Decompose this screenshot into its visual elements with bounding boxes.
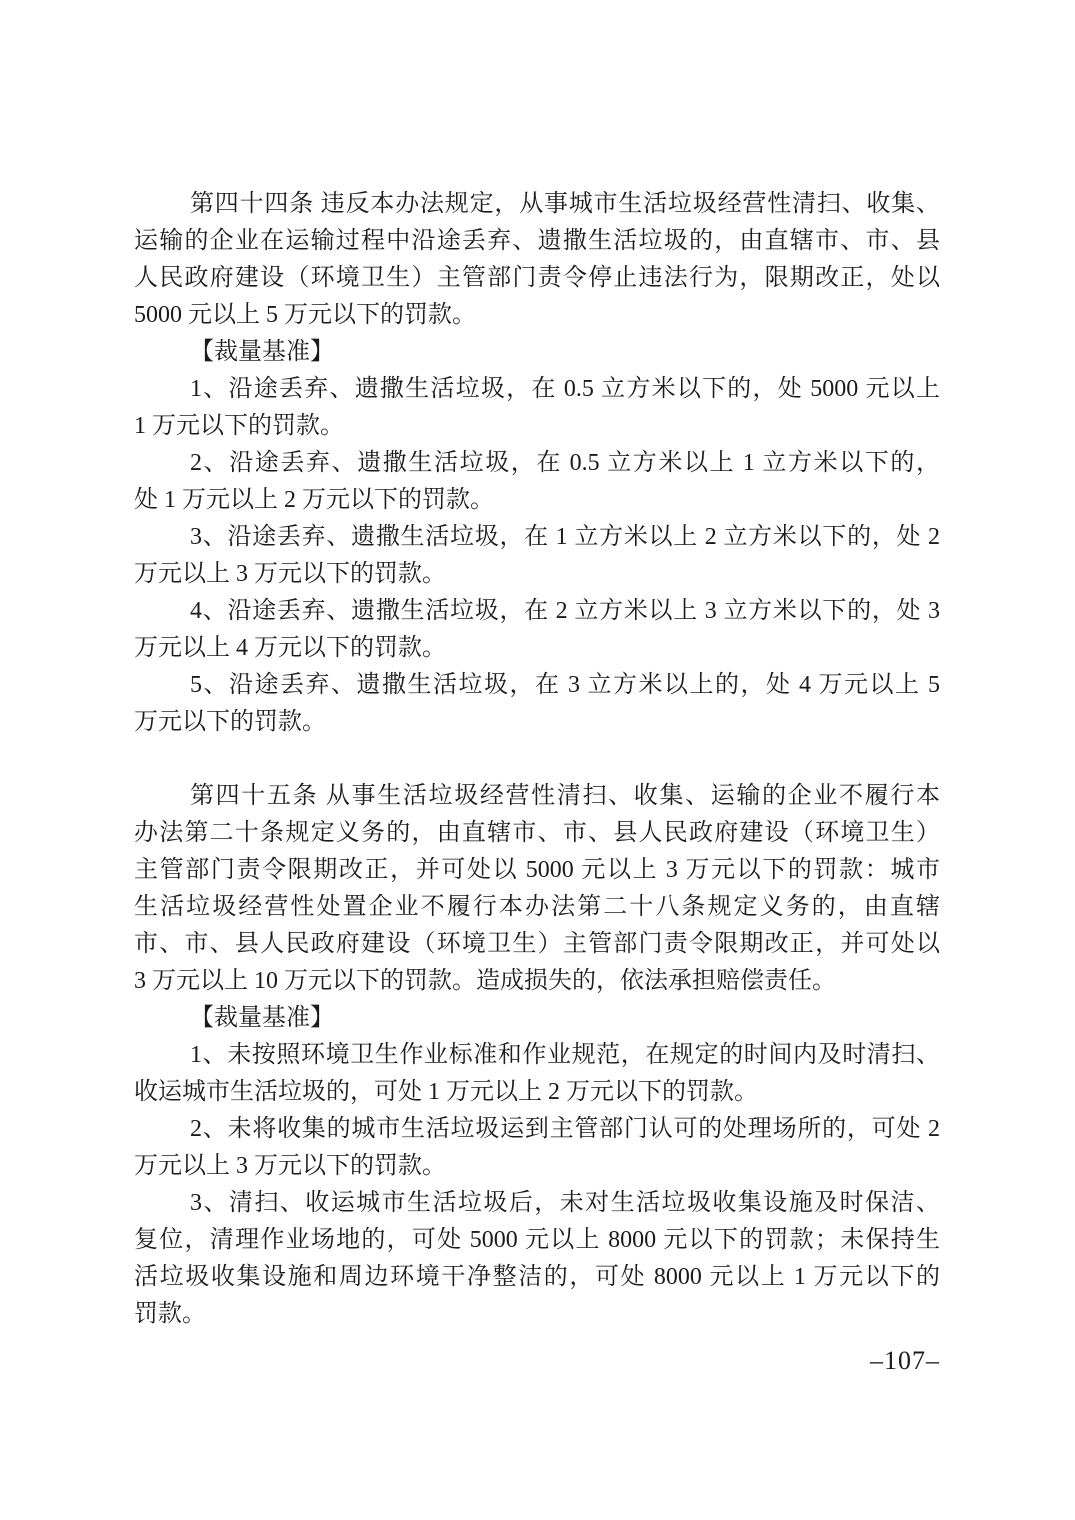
article-45-line: 市、市、县人民政府建设（环境卫生）主管部门责令限期改正，并可处以 [134, 926, 940, 963]
article-44-line: 5000 元以上 5 万元以下的罚款。 [134, 297, 940, 334]
article-44-item-line: 5、沿途丢弃、遗撒生活垃圾，在 3 立方米以上的，处 4 万元以上 5 [134, 667, 940, 704]
article-44-item-line: 3、沿途丢弃、遗撒生活垃圾，在 1 立方米以上 2 立方米以下的，处 2 [134, 519, 940, 556]
article-45-line: 生活垃圾经营性处置企业不履行本办法第二十八条规定义务的，由直辖 [134, 889, 940, 926]
page-number: –107– [870, 1346, 940, 1376]
article-44-basis-label: 【裁量基准】 [134, 334, 940, 371]
article-44-item-line: 万元以上 4 万元以下的罚款。 [134, 630, 940, 667]
article-45-line: 第四十五条 从事生活垃圾经营性清扫、收集、运输的企业不履行本 [134, 778, 940, 815]
article-45-item-line: 复位，清理作业场地的，可处 5000 元以上 8000 元以下的罚款；未保持生 [134, 1222, 940, 1259]
article-44-line: 人民政府建设（环境卫生）主管部门责令停止违法行为，限期改正，处以 [134, 260, 940, 297]
article-44-item-line: 4、沿途丢弃、遗撒生活垃圾，在 2 立方米以上 3 立方米以下的，处 3 [134, 593, 940, 630]
article-45-line: 办法第二十条规定义务的，由直辖市、市、县人民政府建设（环境卫生） [134, 815, 940, 852]
document-text-block: 第四十四条 违反本办法规定，从事城市生活垃圾经营性清扫、收集、 运输的企业在运输… [134, 186, 940, 1333]
document-page: 第四十四条 违反本办法规定，从事城市生活垃圾经营性清扫、收集、 运输的企业在运输… [0, 0, 1075, 1520]
article-44-item-line: 处 1 万元以上 2 万元以下的罚款。 [134, 482, 940, 519]
article-44-item-line: 1、沿途丢弃、遗撒生活垃圾，在 0.5 立方米以下的，处 5000 元以上 [134, 371, 940, 408]
article-44-line: 第四十四条 违反本办法规定，从事城市生活垃圾经营性清扫、收集、 [134, 186, 940, 223]
article-44-line: 运输的企业在运输过程中沿途丢弃、遗撒生活垃圾的，由直辖市、市、县 [134, 223, 940, 260]
article-45-line: 3 万元以上 10 万元以下的罚款。造成损失的，依法承担赔偿责任。 [134, 963, 940, 1000]
article-45-item-line: 万元以上 3 万元以下的罚款。 [134, 1148, 940, 1185]
article-45-line: 主管部门责令限期改正，并可处以 5000 元以上 3 万元以下的罚款：城市 [134, 852, 940, 889]
article-45-basis-label: 【裁量基准】 [134, 1000, 940, 1037]
article-44-item-line: 万元以上 3 万元以下的罚款。 [134, 556, 940, 593]
article-44-item-line: 1 万元以下的罚款。 [134, 408, 940, 445]
article-44-item-line: 万元以下的罚款。 [134, 704, 940, 741]
article-45-item-line: 3、清扫、收运城市生活垃圾后，未对生活垃圾收集设施及时保洁、 [134, 1185, 940, 1222]
article-44-item-line: 2、沿途丢弃、遗撒生活垃圾，在 0.5 立方米以上 1 立方米以下的， [134, 445, 940, 482]
article-45-item-line: 罚款。 [134, 1296, 940, 1333]
article-45-item-line: 活垃圾收集设施和周边环境干净整洁的，可处 8000 元以上 1 万元以下的 [134, 1259, 940, 1296]
article-45-item-line: 1、未按照环境卫生作业标准和作业规范，在规定的时间内及时清扫、 [134, 1037, 940, 1074]
article-45-item-line: 收运城市生活垃圾的，可处 1 万元以上 2 万元以下的罚款。 [134, 1074, 940, 1111]
paragraph-spacer [134, 741, 940, 778]
article-45-item-line: 2、未将收集的城市生活垃圾运到主管部门认可的处理场所的，可处 2 [134, 1111, 940, 1148]
